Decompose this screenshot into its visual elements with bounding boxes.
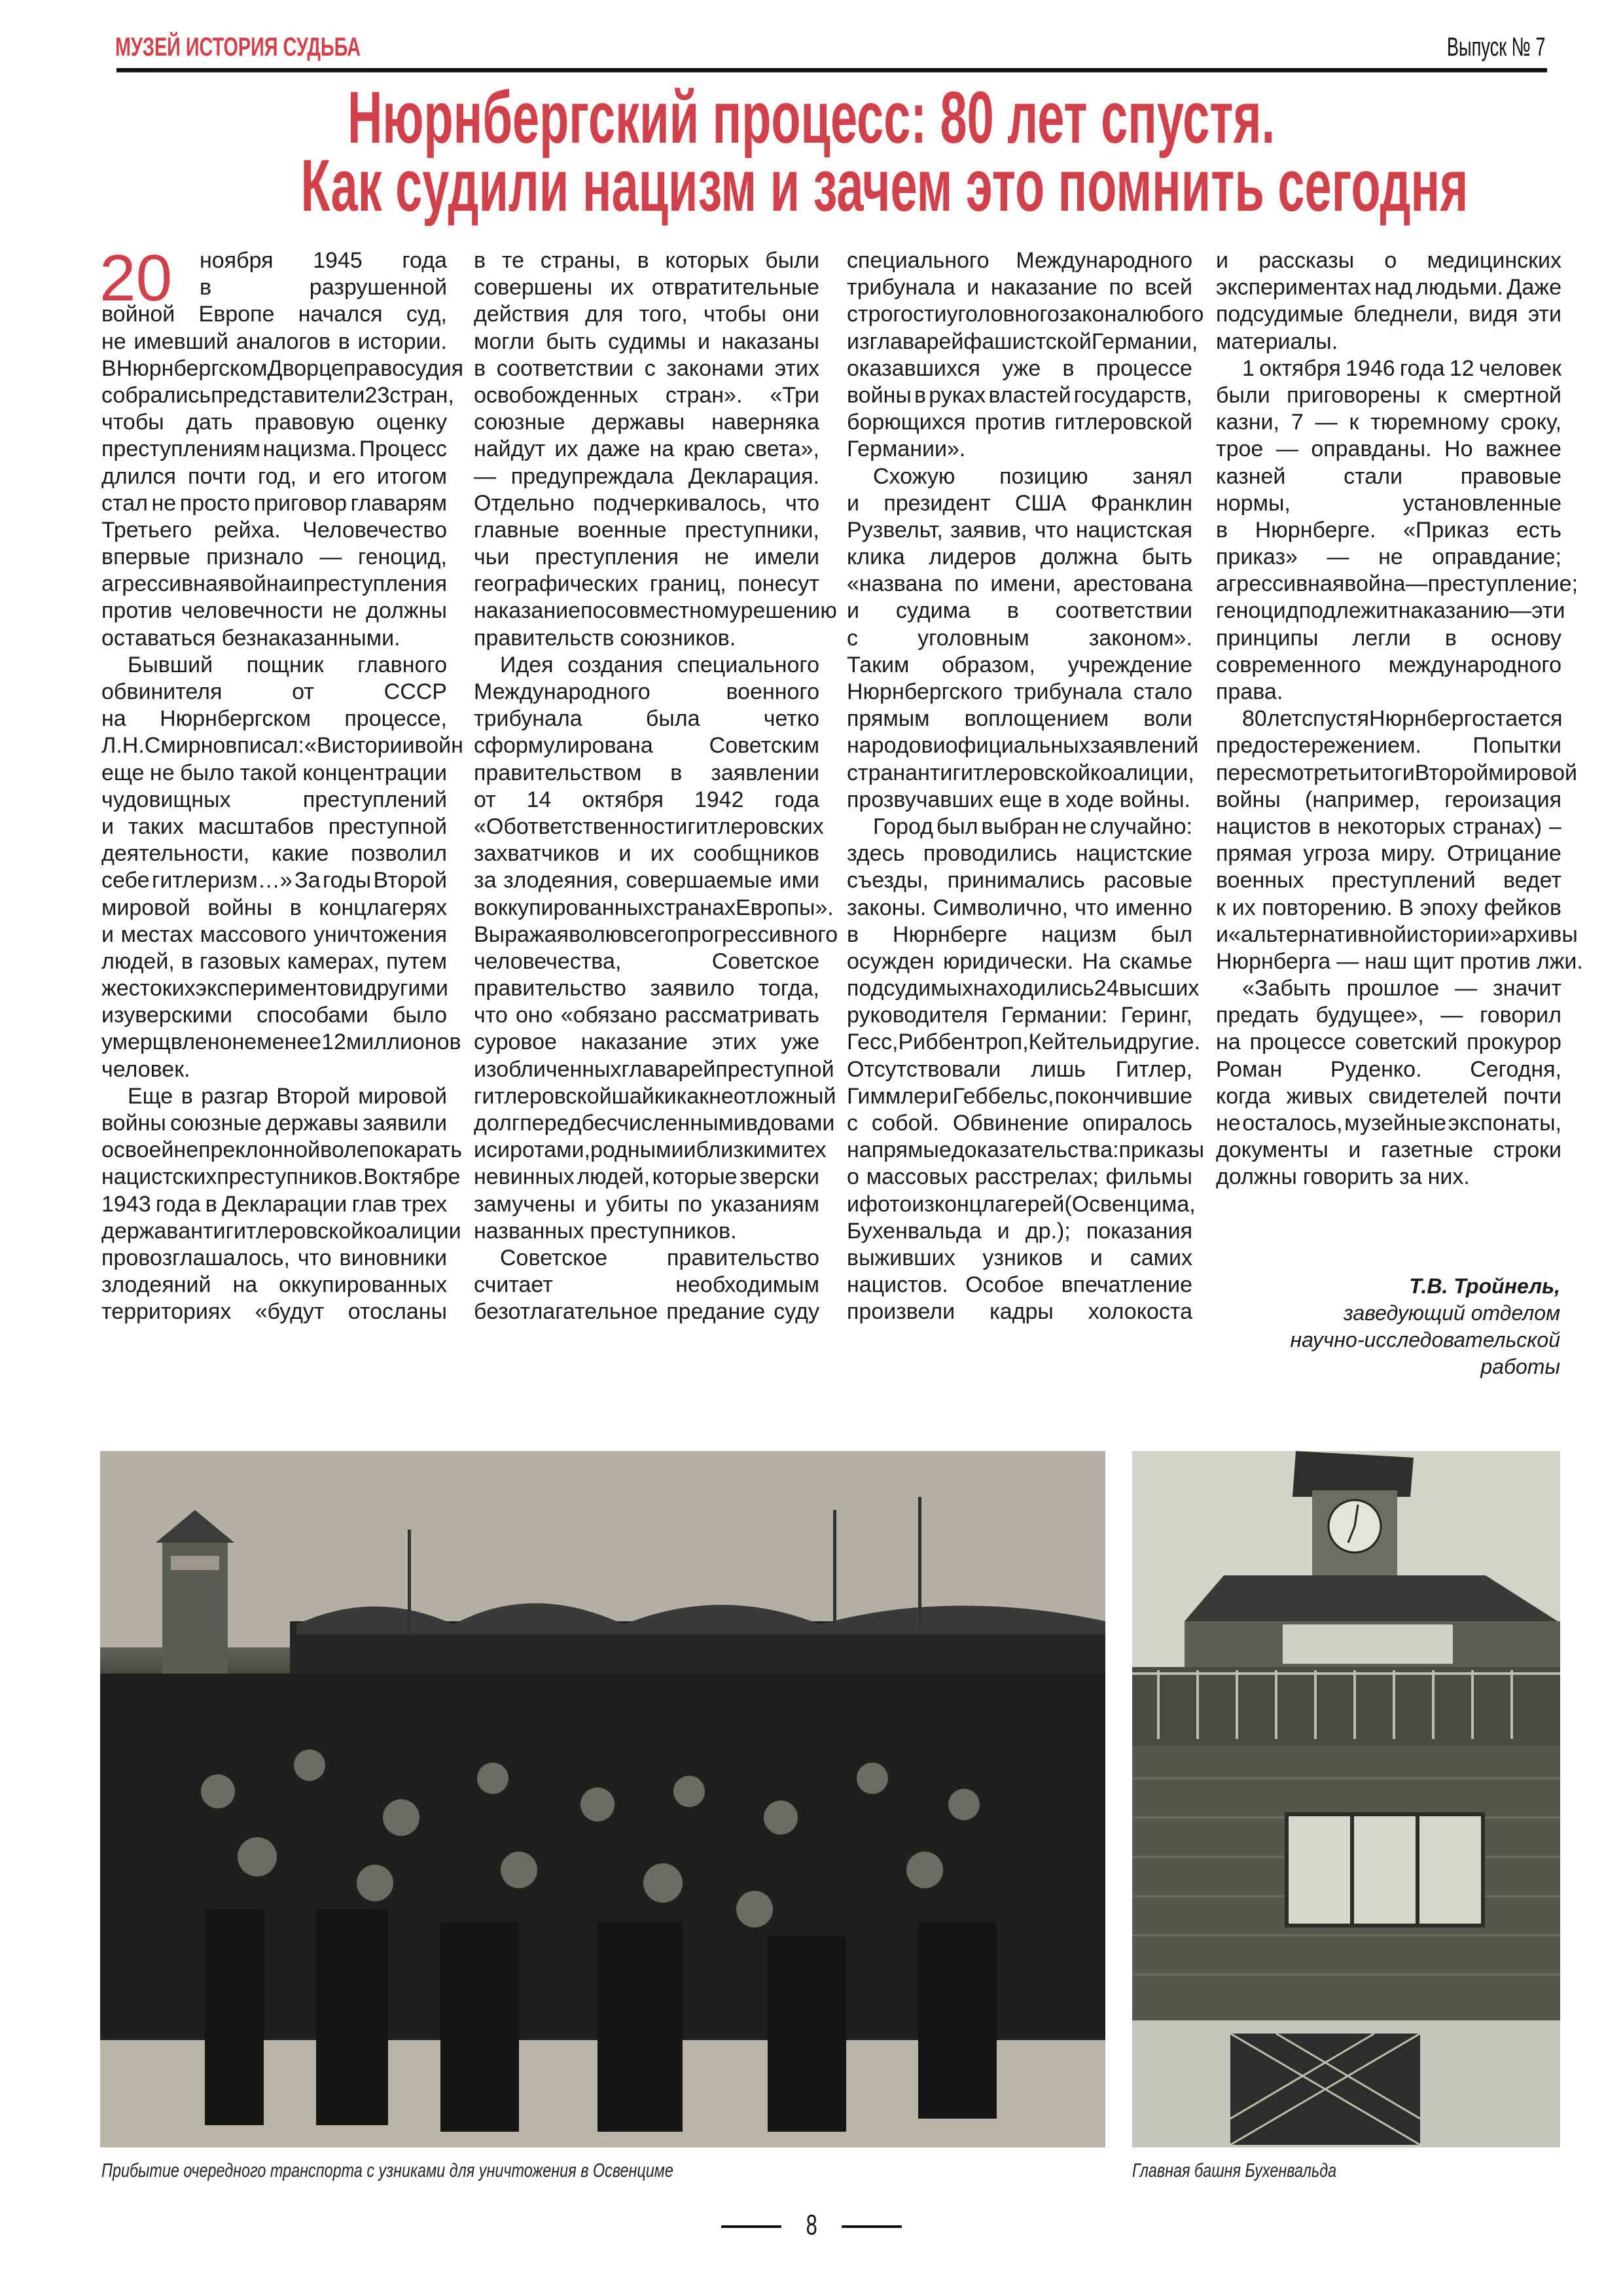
photo-auschwitz-arrival [100,1451,1105,2147]
article-line: Бывшийпощникглавного [101,652,447,679]
author-position-3: работы [1220,1354,1560,1380]
article-line: мировойвойнывконцлагерях [101,895,447,922]
article-line: названныхпреступников. [474,1218,819,1245]
article-line: ГиммлериГеббельс,покончившие [847,1083,1192,1110]
article-line: изобличенныхглаварейпреступной [474,1056,819,1083]
article-line: кихповторению.Вэпохуфейков [1216,895,1561,922]
article-line: моглибытьсудимыинаказаны [474,329,819,355]
article-line: странантигитлеровскойкоалиции, [847,760,1192,787]
page-number: 8 [0,2209,1623,2242]
article-line: трибуналаинаказаниеповсей [847,274,1192,301]
author-name: Т.В. Тройнель, [1220,1273,1560,1300]
article-line: иместахмассовогоуничтожения [101,922,447,948]
article-line: агрессивнаявойна—преступление; [1216,571,1561,598]
article-line: оказавшихсяужевпроцессе [847,355,1192,382]
article-line: оставатьсябезнаказанными. [101,625,447,652]
article-line: «Забытьпрошлое—значит [1216,975,1561,1002]
article-line: ОтсутствовалилишьГитлер, [847,1056,1192,1083]
article-line: человек. [101,1056,447,1083]
article-line: суровоенаказаниеэтихуже [474,1029,819,1056]
article-column-1: ноября1945годавразрушеннойвойнойЕвропена… [101,247,447,1326]
publication-name: МУЗЕЙ ИСТОРИЯ СУДЬБА [115,33,361,62]
article-line: геноцидподлежитнаказанию—эти [1216,598,1561,624]
article-line: провозглашалось,чтовиновники [101,1245,447,1272]
article-line: законы.Символично,чтоименно [847,895,1192,922]
page-number-value: 8 [806,2209,817,2242]
article-line: Такимобразом,учреждение [847,652,1192,679]
author-position-2: научно-исследовательской [1220,1327,1560,1354]
article-line: изуверскимиспособамибыло [101,1002,447,1029]
article-line: подсудимыхнаходились24высших [847,975,1192,1002]
article-line: чьипреступлениянеимели [474,544,819,571]
article-line: невинныхлюдей,которыезверски [474,1164,819,1191]
article-line: суголовнымзаконом». [847,625,1192,652]
article-line: нацистов.Особоевпечатление [847,1272,1192,1299]
article-line: материалы. [1216,329,1561,355]
article-line: трибуналабылачетко [474,706,819,732]
article-line: Германии». [847,436,1192,463]
article-line: вразрушенной [101,274,447,301]
article-line: экспериментахнадлюдьми.Даже [1216,274,1561,301]
article-line: произвеликадрыхолокоста [847,1299,1192,1325]
tower-photo-illustration [1132,1451,1560,2147]
article-line: нормы,установленные [1216,490,1561,517]
article-line: современногомеждународного [1216,652,1561,679]
article-line: съезды,принималисьрасовые [847,867,1192,894]
article-line: приказ»—неоправдание; [1216,544,1561,571]
issue-number: Выпуск № 7 [1447,33,1546,62]
article-line: ЕщевразгарВтороймировой [101,1083,447,1110]
article-title-line1: Нюрнбергский процесс: 80 лет спустя. [0,84,1623,152]
article-line: Городбылвыбраннеслучайно: [847,814,1192,840]
article-line: главныевоенныепреступники, [474,517,819,544]
article-line: освоейнепреклоннойволепокарать [101,1137,447,1164]
article-line: собралисьпредставители23стран, [101,382,447,409]
article-line: гитлеровскойшайкикакнеотложный [474,1083,819,1110]
article-line: Выражаяволювсегопрогрессивного [474,922,819,948]
article-line: документыигазетныестроки [1216,1137,1561,1164]
article-line: предостережением.Попытки [1216,732,1561,759]
article-line: войныврукахвластейгосударств, [847,382,1192,409]
article-line: чудовищныхпреступлений [101,787,447,814]
article-line: «Обответственностигитлеровских [474,814,819,840]
article-line: напрямыедоказательства:приказы [847,1137,1192,1164]
article-line: сформулированаСоветским [474,732,819,759]
article-line: злодеянийнаоккупированных [101,1272,447,1299]
article-line: людей,вгазовыхкамерах,путем [101,948,447,975]
article-line: принципылегливоснову [1216,625,1561,652]
article-line: правительствсоюзников. [474,625,819,652]
article-line: —предупреждалаДекларация. [474,463,819,490]
article-line: «названапоимени,арестована [847,571,1192,598]
article-line: трое—оправданы.Новажнее [1216,436,1561,463]
article-line: изглаварейфашистскойГермании, [847,329,1192,355]
article-line: Идеясозданияспециального [474,652,819,679]
article-line: вНюрнберге.«Приказесть [1216,517,1561,544]
article-line: Международноговоенного [474,679,819,706]
article-line: географическихграниц,понесут [474,571,819,598]
article-line: омассовыхрасстрелах;фильмы [847,1164,1192,1191]
article-line: специальногоМеждународного [847,247,1192,274]
article-line: Отдельноподчеркивалось,что [474,490,819,517]
photo-caption-auschwitz: Прибытие очередного транспорта с узникам… [101,2160,673,2182]
article-line: предатьбудущее»,—говорил [1216,1002,1561,1029]
article-line: освобожденныхстран».«Три [474,382,819,409]
article-line: нацистоввнекоторыхстранах)– [1216,814,1561,840]
article-line: обвинителяотСССР [101,679,447,706]
article-line: ссобой.Обвинениеопиралось [847,1110,1192,1137]
article-line: казни,7—ктюремномусроку, [1216,409,1561,436]
article-line: захватчиковиихсообщников [474,840,819,867]
article-line: былиприговореныксмертной [1216,382,1561,409]
article-line: деятельности,какиепозволил [101,840,447,867]
article-line: когдаживыхсвидетелейпочти [1216,1083,1561,1110]
article-line: преступлениямнацизма.Процесс [101,436,447,463]
article-line: ВНюрнбергскомДворцеправосудия [101,355,447,382]
article-line: осужденюридически.Наскамье [847,948,1192,975]
article-line: 80летспустяНюрнбергостается [1216,706,1561,732]
article-line: от14октября1942года [474,787,819,814]
article-line: итакихмасштабовпреступной [101,814,447,840]
author-signature: Т.В. Тройнель, заведующий отделом научно… [1220,1273,1560,1380]
article-line: Нюрнбергскоготрибуналастало [847,679,1192,706]
article-line: войнысоюзныедержавызаявили [101,1110,447,1137]
photo-caption-buchenwald: Главная башня Бухенвальда [1132,2160,1336,2182]
author-position-1: заведующий отделом [1220,1300,1560,1327]
article-column-4: ирассказыомедицинскихэкспериментахнадлюд… [1216,247,1561,1191]
article-line: Бухенвальдаидр.);показания [847,1218,1192,1245]
article-line: найдутихдаженакраюсвета», [474,436,819,463]
article-line: зазлодеяния,совершаемыеими [474,867,819,894]
article-line: умерщвленонеменее12миллионов [101,1029,447,1056]
header-rule [116,68,1547,73]
article-line: должныговоритьзаних. [1216,1164,1561,1191]
article-line: правительствозаявилотогда, [474,975,819,1002]
article-line: неимевшийаналоговвистории. [101,329,447,355]
article-line: народовиофициальныхзаявлений [847,732,1192,759]
article-line: ипрезидентСШАФранклин [847,490,1192,517]
article-line: Гесс,Риббентроп,Кейтельидругие. [847,1029,1192,1056]
article-line: прямымвоплощениемволи [847,706,1192,732]
article-line: впервыепризнало—геноцид, [101,544,447,571]
crowd-photo-illustration [100,1451,1105,2147]
article-line: воккупированныхстранахЕвропы». [474,895,819,922]
article-line: казнейсталиправовые [1216,463,1561,490]
article-line: РоманРуденко.Сегодня, [1216,1056,1561,1083]
article-line: долгпередбесчисленнымивдовами [474,1110,819,1137]
article-line: ноября1945года [101,247,447,274]
article-line: здесьпроводилисьнацистские [847,840,1192,867]
article-line: руководителяГермании:Геринг, [847,1002,1192,1029]
article-line: кликалидеровдолжнабыть [847,544,1192,571]
article-line: строгостиуголовногозаконалюбого [847,301,1192,328]
article-line: Нюрнберга—нашщитпротивлжи. [1216,948,1561,975]
article-line: Схожуюпозициюзанял [847,463,1192,490]
article-line: вНюрнбергенацизмбыл [847,922,1192,948]
article-line: борющихсяпротивгитлеровской [847,409,1192,436]
article-line: ещенебылотакойконцентрации [101,760,447,787]
article-line: державантигитлеровскойкоалиции [101,1218,447,1245]
article-line: агрессивнаявойнаипреступления [101,571,447,598]
article-column-2: втестраны,вкоторыхбылисовершеныихотврати… [474,247,819,1326]
article-line: действиядлятого,чтобыони [474,301,819,328]
article-title-line2: Как судили нацизм и зачем это помнить се… [0,152,1623,220]
article-line: подсудимыебледнели,видяэти [1216,301,1561,328]
article-line: втестраны,вкоторыхбыли [474,247,819,274]
article-line: сталнепростоприговорглаварям [101,490,447,517]
article-line: нацистскихпреступников.Воктябре [101,1164,447,1191]
article-line: чтооно«обязанорассматривать [474,1002,819,1029]
photo-buchenwald-tower [1132,1451,1560,2147]
article-line: считаетнеобходимым [474,1272,819,1299]
article-line: и«альтернативнойистории»архивы [1216,922,1561,948]
page-number-dash-left [721,2225,781,2228]
article-line: противчеловечностинедолжны [101,598,447,624]
article-line: военныхпреступленийведет [1216,867,1561,894]
article-line: выжившихузниковисамих [847,1245,1192,1272]
article-line: прямаяугрозамиру.Отрицание [1216,840,1561,867]
article-line: всоответствиисзаконамиэтих [474,355,819,382]
article-line: 1943годавДекларацииглавтрех [101,1191,447,1218]
article-line: Третьегорейха.Человечество [101,517,447,544]
article-line: жестокихэкспериментовидругими [101,975,447,1002]
article-line: напроцессесоветскийпрокурор [1216,1029,1561,1056]
page-number-dash-right [842,2225,902,2228]
article-line: человечества,Советское [474,948,819,975]
article-line: Советскоеправительство [474,1245,819,1272]
article-line: себегитлеризм…»ЗагодыВторой [101,867,447,894]
article-line: ирассказыомедицинских [1216,247,1561,274]
article-line: замученыиубитыпоуказаниям [474,1191,819,1218]
article-line: войнойЕвропеначалсясуд, [101,301,447,328]
article-line: неосталось,музейныеэкспонаты, [1216,1110,1561,1137]
article-line: ифотоизконцлагерей(Освенцима, [847,1191,1192,1218]
article-line: исудимавсоответствии [847,598,1192,624]
article-line: пересмотретьитогиВтороймировой [1216,760,1561,787]
article-line: прозвучавшихещевходевойны. [847,787,1192,814]
article-line: территориях«будутотосланы [101,1299,447,1325]
article-column-3: специальногоМеждународноготрибуналаинака… [847,247,1192,1326]
article-line: чтобыдатьправовуюоценку [101,409,447,436]
article-line: безотлагательноепреданиесуду [474,1299,819,1325]
article-line: союзныедержавынаверняка [474,409,819,436]
article-line: Л.Н.Смирновписал:«Висториивойн [101,732,447,759]
article-line: войны(например,героизация [1216,787,1561,814]
article-line: исиротами,роднымииблизкимитех [474,1137,819,1164]
article-line: наНюрнбергскомпроцессе, [101,706,447,732]
article-line: длилсяпочтигод,иегоитогом [101,463,447,490]
article-line: 1октября1946года12человек [1216,355,1561,382]
article-line: права. [1216,679,1561,706]
article-line: Рузвельт,заявив,чтонацистская [847,517,1192,544]
article-line: совершеныихотвратительные [474,274,819,301]
article-line: наказаниепосовместномурешению [474,598,819,624]
article-line: правительствомвзаявлении [474,760,819,787]
